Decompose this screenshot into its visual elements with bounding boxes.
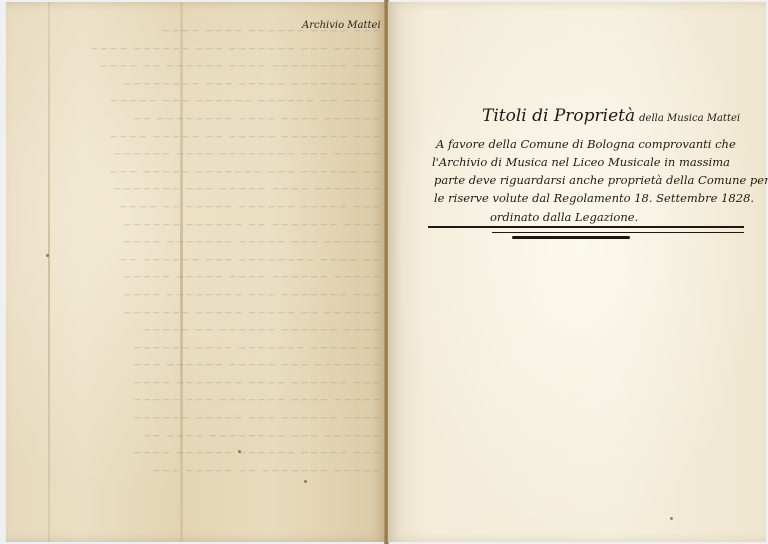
body-line: l'Archivio di Musica nel Liceo Musicale … — [432, 155, 730, 169]
bleed-through-line: ~~~ ~~~~~ ~~~~~~ ~~~~~~ ~~~~ — [61, 444, 381, 462]
right-page — [388, 2, 766, 542]
bleed-through-line: ~~~ ~~~~~ ~~~~~~ ~~~~~ ~~ ~~~~ — [61, 198, 381, 216]
fold-line — [48, 2, 50, 542]
bleed-through-line: ~~~ ~~~~~~~ ~~~ ~~~~~~~~ ~~~~ — [61, 286, 381, 304]
body-line: parte deve riguardarsi anche proprietà d… — [434, 173, 768, 187]
bleed-through-line: ~~ ~~~~~~ ~~~ ~~~~~~~ ~~~~~ ~~~ — [61, 163, 381, 181]
bleed-through-line: ~~~~~~ ~~ ~~~~~ ~~~~~ ~~~~~~~ — [61, 304, 381, 322]
decorative-rule — [492, 232, 744, 233]
ink-spot — [670, 517, 673, 520]
title-text: Titoli di Proprietà — [482, 106, 635, 126]
bleed-through-line: ~~~ ~~~~~~~~ ~~~~ ~~~~~~ ~~ ~~~~ — [61, 57, 381, 75]
left-page: ~~~ ~~~~ ~~~~~~ ~~~~ ~~~~~~~~~ ~~~ ~~~~~… — [6, 2, 386, 542]
title-suffix: della Musica Mattei — [639, 113, 740, 124]
bleed-through-line: ~~~~~ ~~~ ~~~~~~~~ ~~~~ ~~~~~~ — [61, 145, 381, 163]
bleed-through-line: ~~~~~ ~~~ ~~~~~~~ ~~~ ~~~~~~ ~~~~ — [61, 40, 381, 58]
bleed-through-line: ~~~~~~ ~~~ ~~~~~~~~ ~~~~ ~~ — [61, 427, 381, 445]
manuscript-spread: ~~~ ~~~~ ~~~~~~ ~~~~ ~~~~~~~~~ ~~~ ~~~~~… — [0, 0, 768, 544]
ink-spot — [238, 450, 241, 453]
bleed-through-line: ~~~~~ ~~~~~~~ ~~ ~~~~~ ~~~ — [61, 462, 381, 480]
decorative-rule — [428, 226, 744, 228]
bleed-through-line: ~~~ ~~~~~~~ ~~~~~ ~~ ~~~~~ ~~~~ — [61, 128, 381, 146]
bleed-through-line: ~~~~ ~~ ~~~~~~ ~~~~~~ ~~~ ~~~~~ — [61, 92, 381, 110]
ink-spot — [46, 254, 49, 257]
ink-spot — [304, 480, 307, 483]
bleed-through-line: ~~~~~ ~~~~~~ ~~~~ ~~~~~ ~~~~~ — [61, 268, 381, 286]
bleed-through-line: ~~ ~~~~ ~~~~~~~~ ~~~ ~~~~~~ ~~ — [61, 251, 381, 269]
body-line: le riserve volute dal Regolamento 18. Se… — [434, 191, 754, 205]
document-title: Titoli di Proprietàdella Musica Mattei — [482, 106, 740, 126]
bleed-through-line: ~~~~~~ ~~~~ ~~~~ ~~~~~~~~ ~~ — [61, 110, 381, 128]
bleed-through-line: ~~~~ ~~~~~~ ~~~~~~ ~~ ~~~~~ — [61, 321, 381, 339]
bleed-through-line: ~~~~~~ ~~~ ~~~~~ ~~~~~~~ ~~~~ — [61, 233, 381, 251]
bleed-through-line: ~~~~~~~ ~~~ ~~~~~ ~~~~~~ ~~~ — [61, 356, 381, 374]
bleed-through-line: ~~~~ ~~~~~~~ ~~ ~~~~~~ ~~~~~~ — [61, 216, 381, 234]
bleed-through-line: ~~~~ ~~~~~~ ~~~ ~~~~~ ~~~~~~ — [61, 409, 381, 427]
bleed-through-text: ~~~ ~~~~ ~~~~~~ ~~~~ ~~~~~~~~~ ~~~ ~~~~~… — [61, 22, 381, 479]
bleed-through-line: ~~ ~~~~~~~ ~~~~~ ~~~ ~~~~~~~~ — [61, 75, 381, 93]
decorative-rule — [512, 236, 630, 239]
body-line: ordinato dalla Legazione. — [490, 210, 638, 224]
archive-note: Archivio Mattei — [302, 20, 381, 31]
body-line: A favore della Comune di Bologna comprov… — [436, 137, 736, 151]
bleed-through-line: ~~~~~~~ ~~~~ ~~~~~ ~~~ ~~~~~~~ — [61, 180, 381, 198]
bleed-through-line: ~~~~~ ~~~~ ~~~~~~~ ~~~ ~~~~~ — [61, 391, 381, 409]
bleed-through-line: ~~~ ~~~~~~ ~~~~ ~~~~~~~ ~~~~ — [61, 374, 381, 392]
bleed-through-line: ~~ ~~~~~ ~~~~~~~ ~~~~ ~~~~~~ — [61, 339, 381, 357]
